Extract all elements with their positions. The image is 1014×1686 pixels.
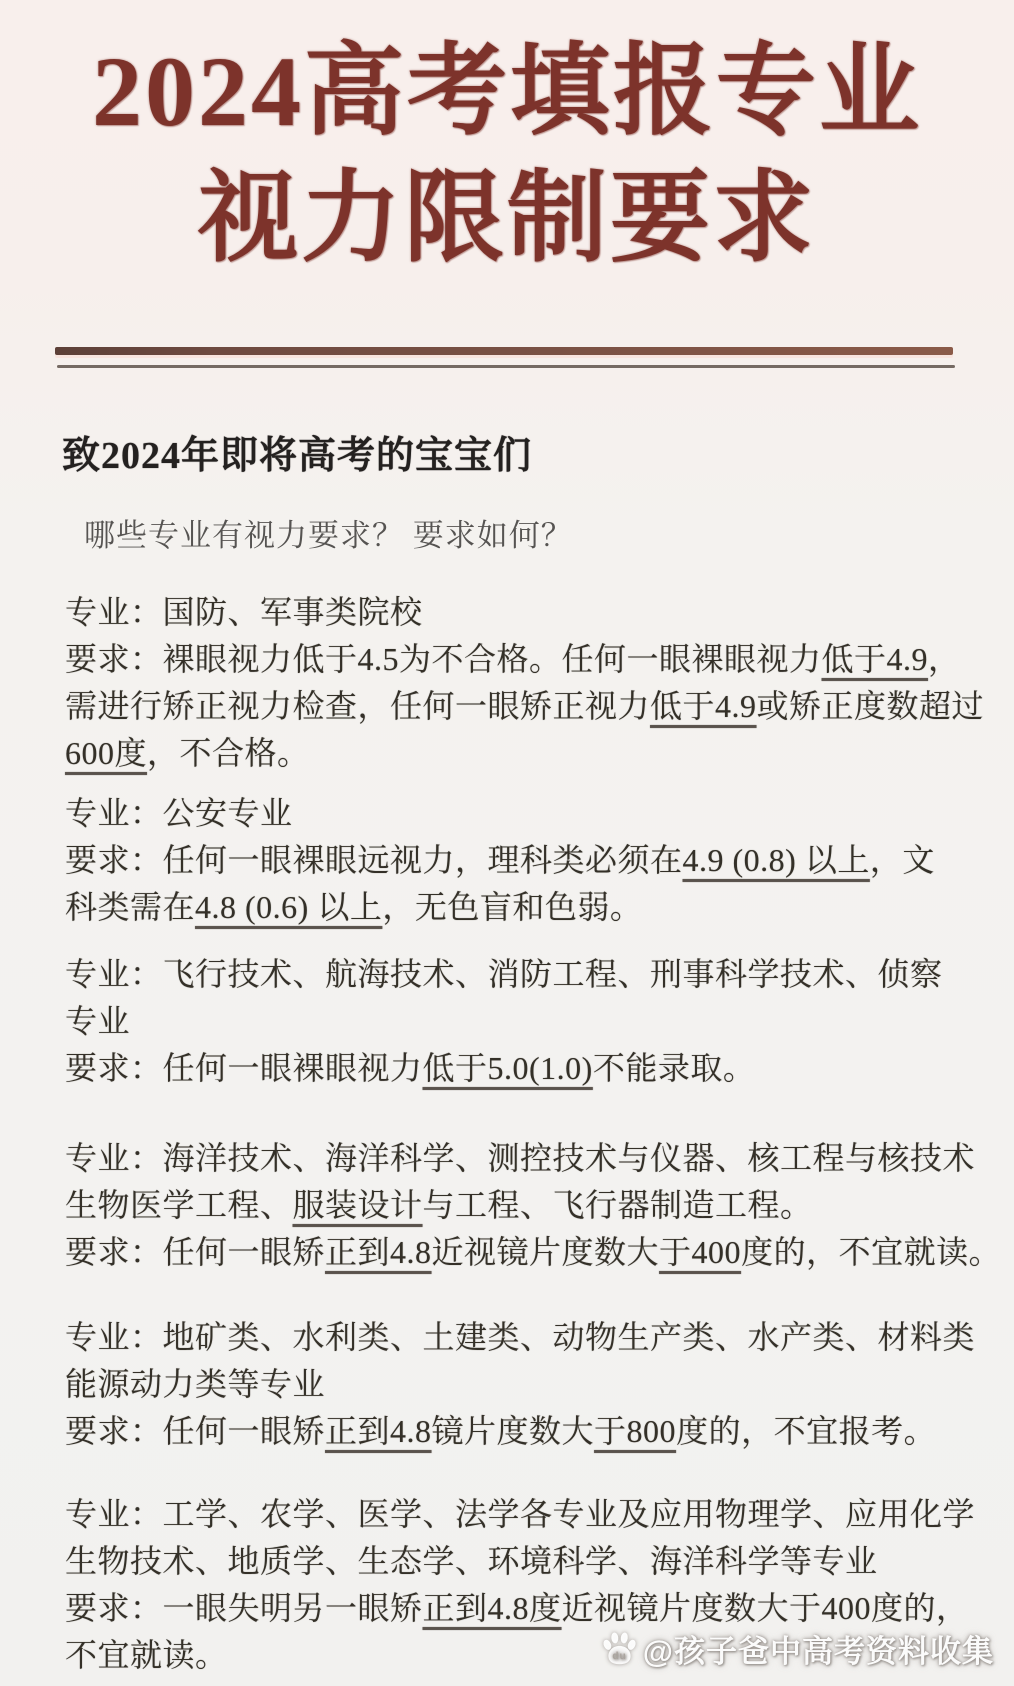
text-segment: 专业：海洋技术、海洋科学、测控技术与仪器、核工程与核技术 (65, 1140, 975, 1176)
page-title-line-2: 视力限制要求 (0, 155, 1014, 282)
major-line: 专业 (65, 998, 994, 1045)
text-segment: 专业：公安专业 (65, 795, 293, 831)
major-line: 专业：海洋技术、海洋科学、测控技术与仪器、核工程与核技术 (65, 1135, 994, 1182)
text-segment: ， (928, 641, 961, 677)
requirement-line: 科类需在4.8 (0.6) 以上，无色盲和色弱。 (65, 884, 994, 931)
poster-page: { "title": { "line1": "2024高考填报专业", "lin… (0, 0, 1014, 1686)
underlined-value: 低于4.9 (650, 688, 757, 724)
text-segment: 近视镜片度数大于400度的， (562, 1590, 969, 1626)
requirement-line: 需进行矫正视力检查，任何一眼矫正视力低于4.9或矫正度数超过 (65, 683, 994, 730)
major-line: 专业：飞行技术、航海技术、消防工程、刑事科学技术、侦察 (65, 951, 994, 998)
text-segment: 科类需在 (65, 889, 195, 925)
text-segment: 度的，不宜就读。 (741, 1234, 1001, 1270)
major-line: 生物技术、地质学、生态学、环境科学、海洋科学等专业 (65, 1538, 994, 1585)
text-segment: 不宜就读。 (65, 1637, 228, 1673)
underlined-value: 低于4.9 (822, 641, 929, 677)
major-line: 能源动力类等专业 (65, 1361, 994, 1408)
requirement-line: 600度，不合格。 (65, 730, 994, 777)
underlined-value: 600度 (65, 735, 147, 771)
major-line: 专业：地矿类、水利类、土建类、动物生产类、水产类、材料类 (65, 1314, 994, 1361)
underlined-value: 4.9 (0.8) 以上 (683, 842, 870, 878)
underlined-value: 4.8 (0.6) 以上 (195, 889, 382, 925)
text-segment: 专业：国防、军事类院校 (65, 594, 423, 630)
text-segment: 生物医学工程、 (65, 1187, 293, 1223)
baidu-paw-icon: du (600, 1630, 638, 1668)
text-segment: 近视镜片度数大 (432, 1234, 660, 1270)
major-block: 专业：地矿类、水利类、土建类、动物生产类、水产类、材料类 能源动力类等专业 要求… (65, 1314, 994, 1455)
requirement-line: 要求：任何一眼矫正到4.8近视镜片度数大于400度的，不宜就读。 (65, 1229, 994, 1276)
text-segment: 镜片度数大 (432, 1413, 595, 1449)
major-line: 专业：国防、军事类院校 (65, 589, 994, 636)
underlined-value: 正到4.8度 (423, 1590, 562, 1626)
major-line: 专业：公安专业 (65, 790, 994, 837)
major-block: 专业：国防、军事类院校 要求：裸眼视力低于4.5为不合格。任何一眼裸眼视力低于4… (65, 589, 994, 777)
text-segment: ，文 (870, 842, 935, 878)
text-segment: ，无色盲和色弱。 (382, 889, 642, 925)
underlined-value: 于800 (594, 1413, 676, 1449)
separator-thin-rule (57, 365, 955, 368)
text-segment: 要求：任何一眼矫 (65, 1413, 325, 1449)
text-segment: 与工程、飞行器制造工程。 (423, 1187, 813, 1223)
watermark-text: @孩子爸中高考资料收集 (643, 1626, 994, 1671)
underlined-value: 正到4.8 (325, 1234, 432, 1270)
text-segment: 需进行矫正视力检查，任何一眼矫正视力 (65, 688, 650, 724)
text-segment: 度的，不宜报考。 (676, 1413, 936, 1449)
text-segment: ，不合格。 (147, 735, 310, 771)
major-line: 生物医学工程、服装设计与工程、飞行器制造工程。 (65, 1182, 994, 1229)
requirement-line: 要求：任何一眼裸眼远视力，理科类必须在4.9 (0.8) 以上，文 (65, 837, 994, 884)
watermark: du @孩子爸中高考资料收集 (600, 1626, 994, 1671)
underlined-value: 于400 (659, 1234, 741, 1270)
major-block: 专业：海洋技术、海洋科学、测控技术与仪器、核工程与核技术 生物医学工程、服装设计… (65, 1135, 994, 1276)
text-segment: 专业：飞行技术、航海技术、消防工程、刑事科学技术、侦察 (65, 956, 943, 992)
text-segment: 能源动力类等专业 (65, 1366, 325, 1402)
page-title-line-1: 2024高考填报专业 (0, 28, 1014, 155)
requirements-list: 专业：国防、军事类院校 要求：裸眼视力低于4.5为不合格。任何一眼裸眼视力低于4… (65, 589, 994, 1679)
text-segment: 要求：一眼失明另一眼矫 (65, 1590, 423, 1626)
text-segment: 要求：任何一眼裸眼远视力，理科类必须在 (65, 842, 683, 878)
requirement-line: 要求：裸眼视力低于4.5为不合格。任何一眼裸眼视力低于4.9， (65, 636, 994, 683)
section-heading: 致2024年即将高考的宝宝们 (62, 424, 532, 479)
text-segment: 专业：工学、农学、医学、法学各专业及应用物理学、应用化学 (65, 1496, 975, 1532)
question-text: 哪些专业有视力要求？ 要求如何？ (84, 510, 573, 555)
requirement-line: 要求：一眼失明另一眼矫正到4.8度近视镜片度数大于400度的， (65, 1585, 994, 1632)
page-title: 2024高考填报专业 视力限制要求 (0, 28, 1014, 282)
text-segment: 专业 (65, 1003, 130, 1039)
underlined-value: 服装设计 (293, 1187, 423, 1223)
separator-thick-rule (55, 347, 953, 355)
text-segment: 要求：裸眼视力低于4.5为不合格。任何一眼裸眼视力 (65, 641, 822, 677)
requirement-line: 要求：任何一眼裸眼视力低于5.0(1.0)不能录取。 (65, 1045, 994, 1092)
text-segment: 生物技术、地质学、生态学、环境科学、海洋科学等专业 (65, 1543, 878, 1579)
underlined-value: 低于5.0(1.0) (423, 1050, 593, 1086)
text-segment: 专业：地矿类、水利类、土建类、动物生产类、水产类、材料类 (65, 1319, 975, 1355)
text-segment: 或矫正度数超过 (757, 688, 985, 724)
svg-text:du: du (612, 1651, 626, 1662)
major-block: 专业：公安专业 要求：任何一眼裸眼远视力，理科类必须在4.9 (0.8) 以上，… (65, 790, 994, 931)
text-segment: 要求：任何一眼裸眼视力 (65, 1050, 423, 1086)
underlined-value: 正到4.8 (325, 1413, 432, 1449)
text-segment: 不能录取。 (593, 1050, 756, 1086)
text-segment: 要求：任何一眼矫 (65, 1234, 325, 1270)
requirement-line: 要求：任何一眼矫正到4.8镜片度数大于800度的，不宜报考。 (65, 1408, 994, 1455)
major-line: 专业：工学、农学、医学、法学各专业及应用物理学、应用化学 (65, 1491, 994, 1538)
major-block: 专业：飞行技术、航海技术、消防工程、刑事科学技术、侦察 专业 要求：任何一眼裸眼… (65, 951, 994, 1092)
